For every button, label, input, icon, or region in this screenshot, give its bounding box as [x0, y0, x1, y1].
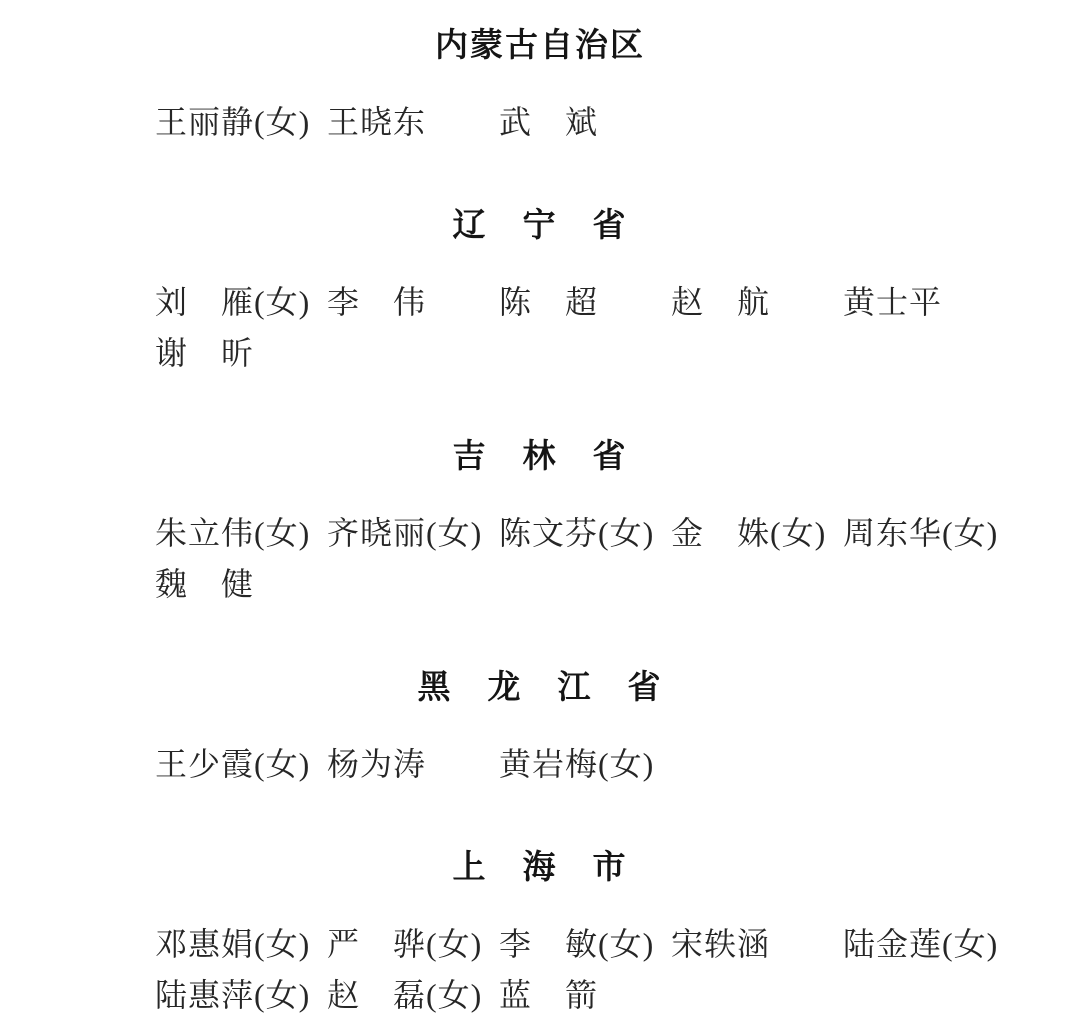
province-section: 上 海 市 邓惠娟(女)严 骅(女)李 敏(女)宋轶涵陆金莲(女)陆惠萍(女)赵… — [0, 845, 1080, 1021]
name-row: 朱立伟(女)齐晓丽(女)陈文芬(女)金 姝(女)周东华(女) — [0, 508, 1080, 559]
person-name: 王少霞(女) — [155, 739, 327, 790]
name-row: 陆惠萍(女)赵 磊(女)蓝 箭 — [0, 970, 1080, 1021]
person-name: 陈 超 — [499, 277, 671, 328]
person-name: 谢 昕 — [155, 328, 254, 379]
person-name: 魏 健 — [155, 559, 254, 610]
province-section: 黑 龙 江 省 王少霞(女)杨为涛黄岩梅(女) — [0, 665, 1080, 790]
name-roster-document: 内蒙古自治区 王丽静(女)王晓东武 斌 辽 宁 省 刘 雁(女)李 伟陈 超赵 … — [0, 0, 1080, 1025]
province-section: 吉 林 省 朱立伟(女)齐晓丽(女)陈文芬(女)金 姝(女)周东华(女)魏 健 — [0, 434, 1080, 610]
province-heading: 辽 宁 省 — [0, 203, 1080, 247]
name-row: 王少霞(女)杨为涛黄岩梅(女) — [0, 739, 1080, 790]
province-heading: 黑 龙 江 省 — [0, 665, 1080, 709]
name-row: 谢 昕 — [0, 328, 1080, 379]
name-row: 魏 健 — [0, 559, 1080, 610]
person-name: 黄士平 — [843, 277, 942, 328]
province-section: 内蒙古自治区 王丽静(女)王晓东武 斌 — [0, 23, 1080, 148]
name-row: 邓惠娟(女)严 骅(女)李 敏(女)宋轶涵陆金莲(女) — [0, 919, 1080, 970]
person-name: 李 敏(女) — [499, 919, 671, 970]
person-name: 金 姝(女) — [671, 508, 843, 559]
province-heading: 内蒙古自治区 — [0, 23, 1080, 67]
person-name: 刘 雁(女) — [155, 277, 327, 328]
name-row: 王丽静(女)王晓东武 斌 — [0, 97, 1080, 148]
name-row: 刘 雁(女)李 伟陈 超赵 航黄士平 — [0, 277, 1080, 328]
province-section: 辽 宁 省 刘 雁(女)李 伟陈 超赵 航黄士平谢 昕 — [0, 203, 1080, 379]
person-name: 黄岩梅(女) — [499, 739, 654, 790]
person-name: 陆金莲(女) — [843, 919, 998, 970]
person-name: 朱立伟(女) — [155, 508, 327, 559]
person-name: 武 斌 — [499, 97, 598, 148]
province-heading: 上 海 市 — [0, 845, 1080, 889]
person-name: 杨为涛 — [327, 739, 499, 790]
person-name: 严 骅(女) — [327, 919, 499, 970]
person-name: 蓝 箭 — [499, 970, 598, 1021]
person-name: 宋轶涵 — [671, 919, 843, 970]
person-name: 陈文芬(女) — [499, 508, 671, 559]
person-name: 陆惠萍(女) — [155, 970, 327, 1021]
person-name: 赵 磊(女) — [327, 970, 499, 1021]
person-name: 周东华(女) — [843, 508, 998, 559]
person-name: 齐晓丽(女) — [327, 508, 499, 559]
person-name: 邓惠娟(女) — [155, 919, 327, 970]
person-name: 王晓东 — [327, 97, 499, 148]
person-name: 王丽静(女) — [155, 97, 327, 148]
person-name: 李 伟 — [327, 277, 499, 328]
person-name: 赵 航 — [671, 277, 843, 328]
province-heading: 吉 林 省 — [0, 434, 1080, 478]
